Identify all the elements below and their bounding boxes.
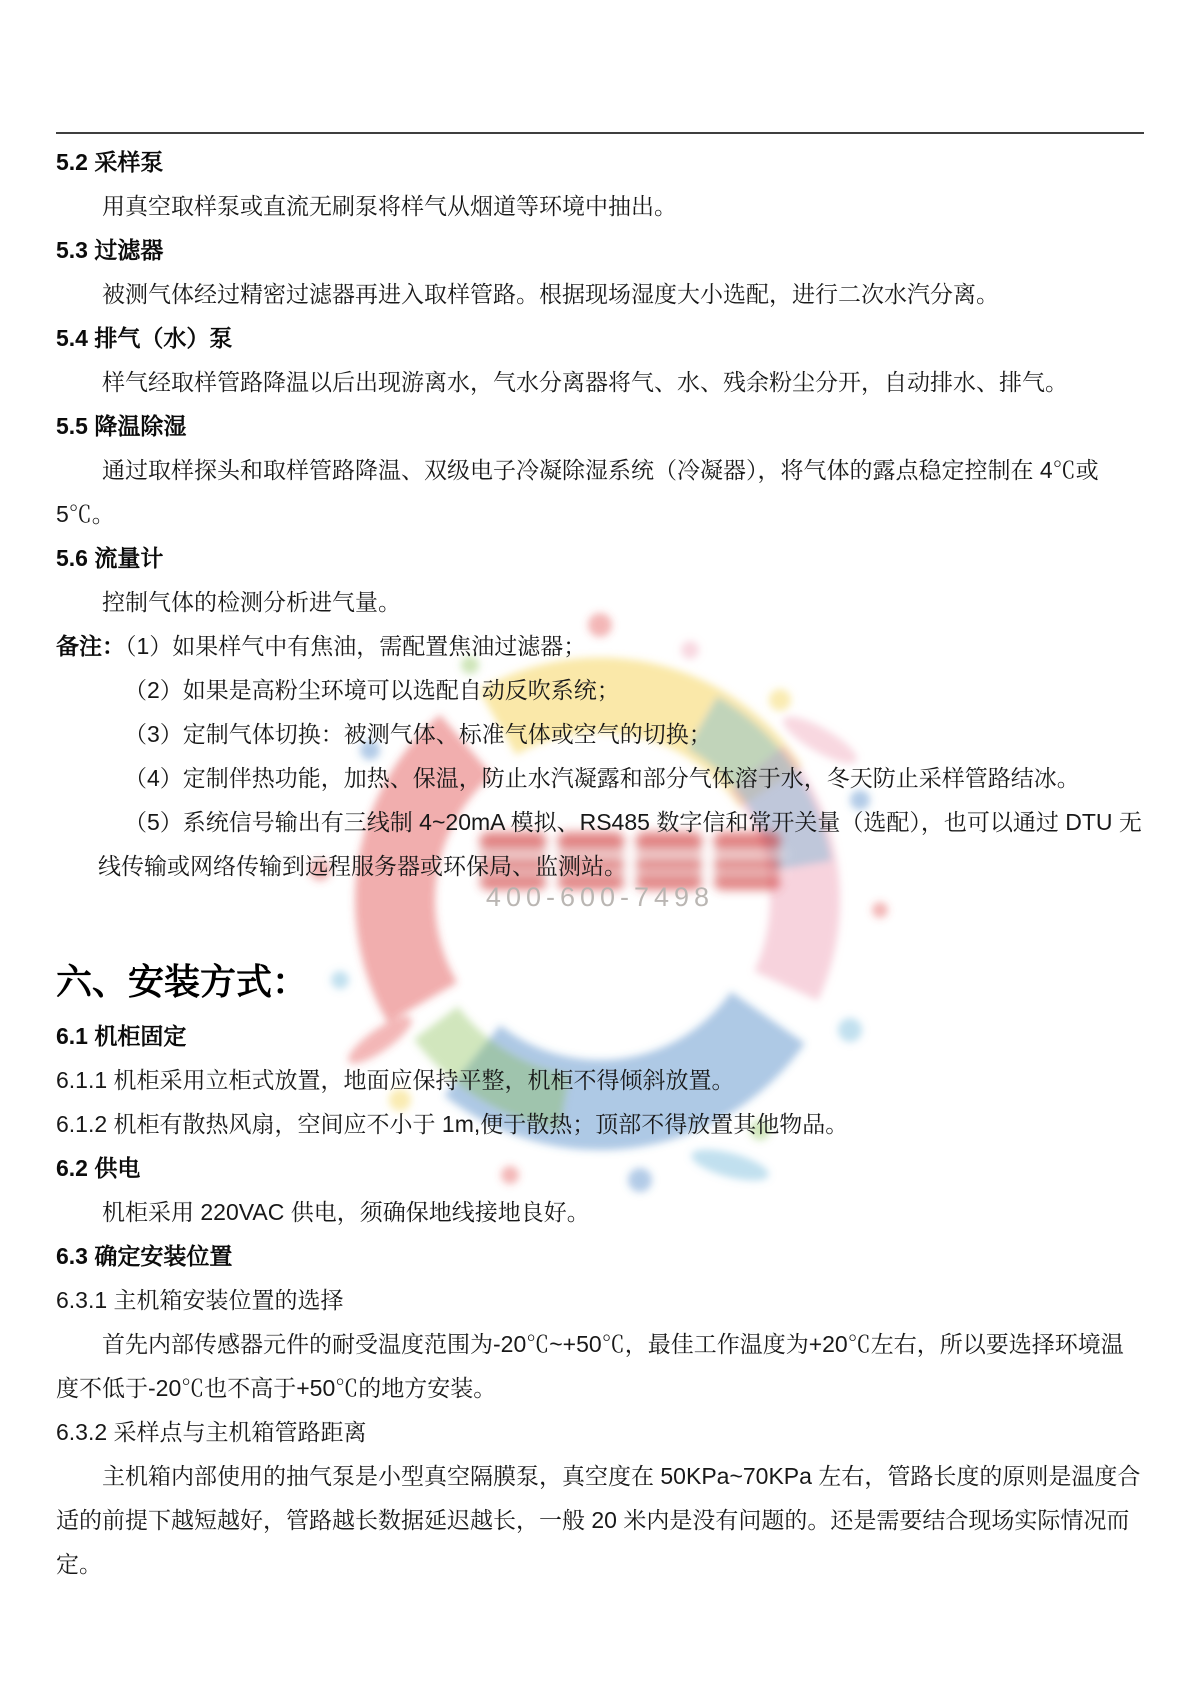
notes-block: 备注：（1）如果样气中有焦油，需配置焦油过滤器； （2）如果是高粉尘环境可以选配… [56, 624, 1144, 888]
para-5-5: 通过取样探头和取样管路降温、双级电子冷凝除湿系统（冷凝器），将气体的露点稳定控制… [56, 448, 1144, 536]
note-item-5: （5）系统信号输出有三线制 4~20mA 模拟、RS485 数字信和常开关量（选… [56, 800, 1144, 888]
heading-5-3: 5.3 过滤器 [56, 228, 1144, 272]
section-6-title: 六、安装方式： [56, 952, 1144, 1012]
heading-5-5: 5.5 降温除湿 [56, 404, 1144, 448]
heading-5-4: 5.4 排气（水）泵 [56, 316, 1144, 360]
note-item-4: （4）定制伴热功能，加热、保温，防止水汽凝露和部分气体溶于水，冬天防止采样管路结… [56, 756, 1144, 800]
para-6-3-1-heading: 6.3.1 主机箱安装位置的选择 [56, 1278, 1144, 1322]
para-5-4: 样气经取样管路降温以后出现游离水，气水分离器将气、水、残余粉尘分开，自动排水、排… [56, 360, 1144, 404]
heading-6-2: 6.2 供电 [56, 1146, 1144, 1190]
note-row-1: 备注：（1）如果样气中有焦油，需配置焦油过滤器； [56, 624, 1144, 668]
para-6-1-1: 6.1.1 机柜采用立柜式放置，地面应保持平整，机柜不得倾斜放置。 [56, 1058, 1144, 1102]
para-5-3: 被测气体经过精密过滤器再进入取样管路。根据现场湿度大小选配，进行二次水汽分离。 [56, 272, 1144, 316]
note-item-2: （2）如果是高粉尘环境可以选配自动反吹系统； [56, 668, 1144, 712]
para-6-3-2: 主机箱内部使用的抽气泵是小型真空隔膜泵，真空度在 50KPa~70KPa 左右，… [56, 1454, 1144, 1586]
para-6-3-1: 首先内部传感器元件的耐受温度范围为-20℃~+50℃，最佳工作温度为+20℃左右… [56, 1322, 1144, 1410]
para-6-3-2-heading: 6.3.2 采样点与主机箱管路距离 [56, 1410, 1144, 1454]
para-6-2: 机柜采用 220VAC 供电，须确保地线接地良好。 [56, 1190, 1144, 1234]
notes-label: 备注： [56, 633, 125, 659]
heading-6-3: 6.3 确定安装位置 [56, 1234, 1144, 1278]
page-content: 5.2 采样泵 用真空取样泵或直流无刷泵将样气从烟道等环境中抽出。 5.3 过滤… [56, 132, 1144, 1586]
note-item-1: （1）如果样气中有焦油，需配置焦油过滤器； [125, 633, 586, 659]
heading-5-2: 5.2 采样泵 [56, 140, 1144, 184]
para-6-1-2: 6.1.2 机柜有散热风扇，空间应不小于 1m,便于散热；顶部不得放置其他物品。 [56, 1102, 1144, 1146]
top-rule [56, 132, 1144, 134]
heading-5-6: 5.6 流量计 [56, 536, 1144, 580]
note-item-3: （3）定制气体切换：被测气体、标准气体或空气的切换； [56, 712, 1144, 756]
para-5-2: 用真空取样泵或直流无刷泵将样气从烟道等环境中抽出。 [56, 184, 1144, 228]
heading-6-1: 6.1 机柜固定 [56, 1014, 1144, 1058]
document-page: 400-600-7498 5.2 采样泵 用真空取样泵或直流无刷泵将样气从烟道等… [0, 0, 1200, 1697]
para-5-6: 控制气体的检测分析进气量。 [56, 580, 1144, 624]
